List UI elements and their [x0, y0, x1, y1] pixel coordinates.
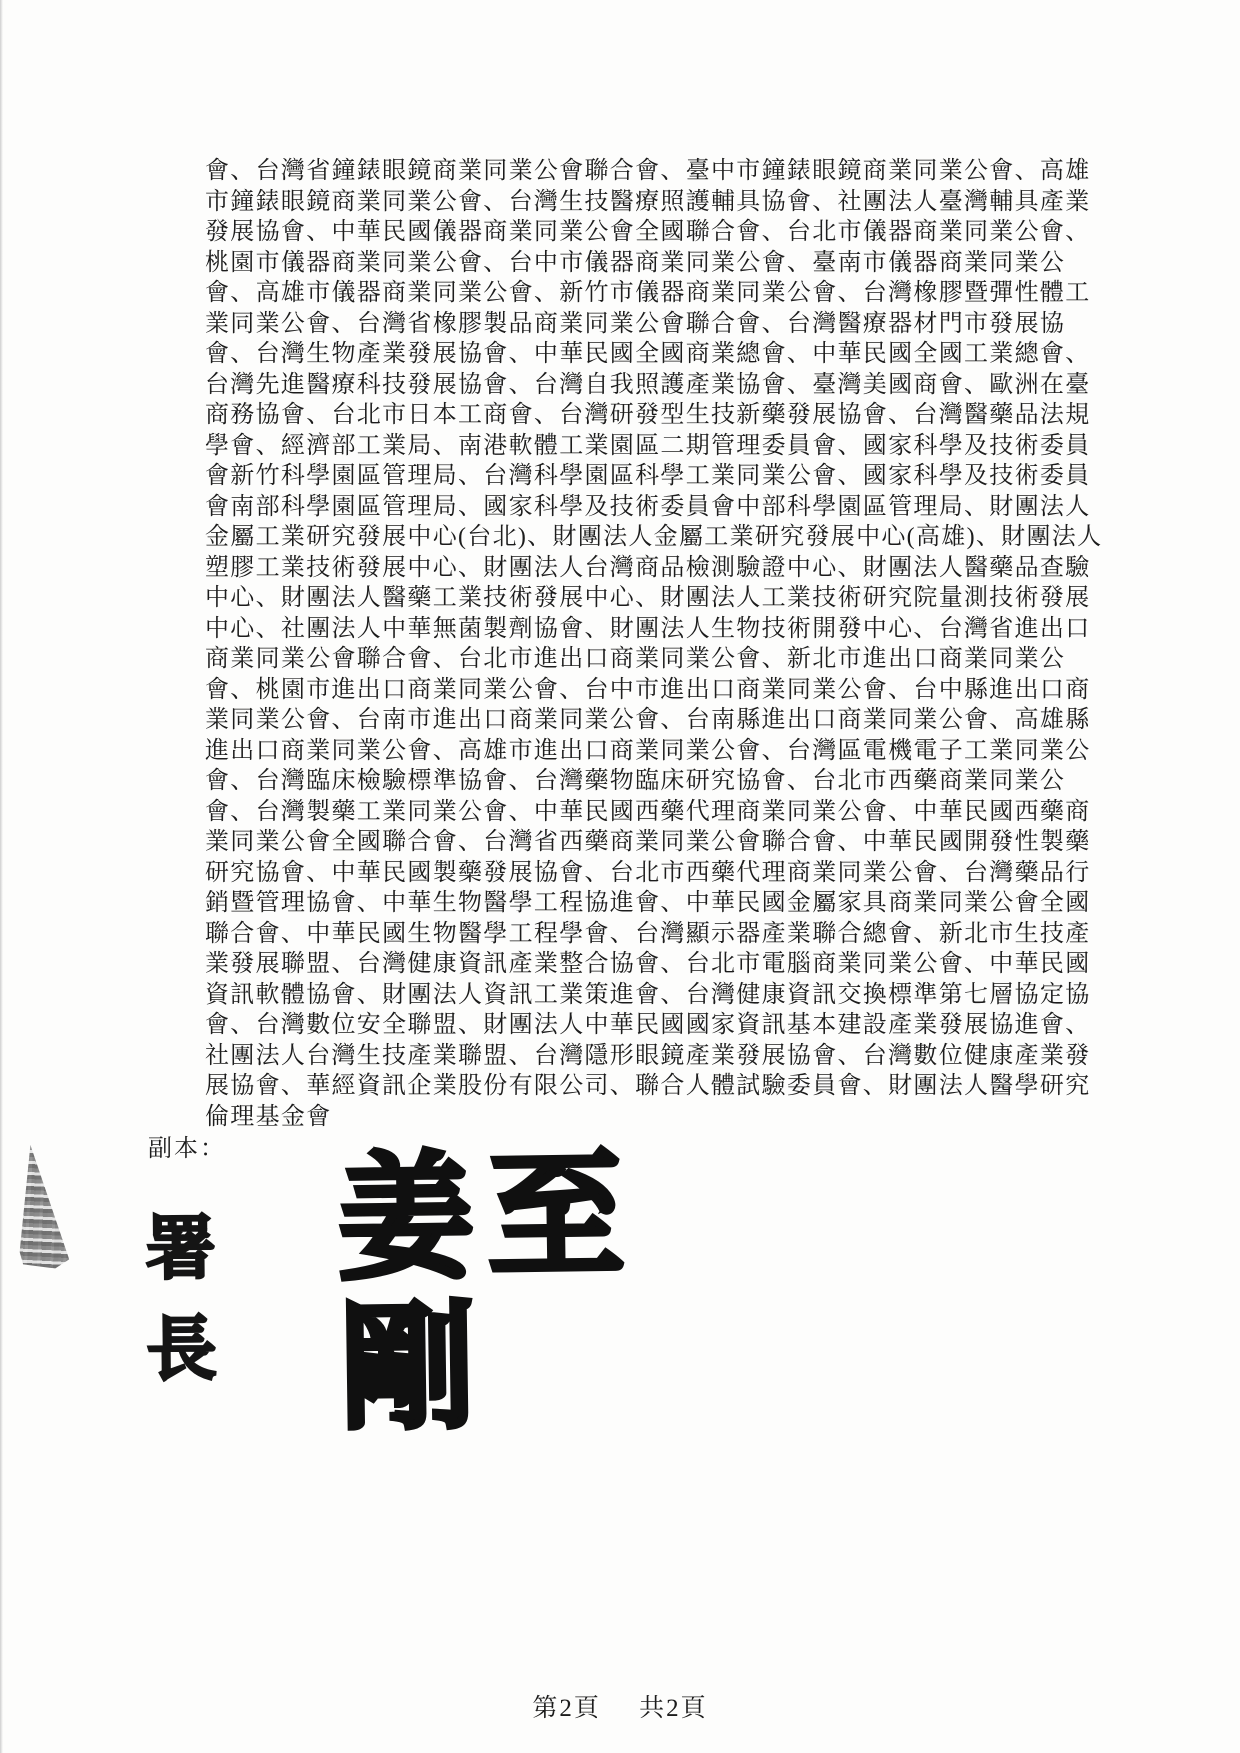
text-line: 倫理基金會	[205, 1102, 1120, 1133]
text-line: 會、台灣製藥工業同業公會、中華民國西藥代理商業同業公會、中華民國西藥商	[205, 797, 1120, 828]
page-footer: 第2頁 共2頁	[0, 1688, 1240, 1724]
text-line: 業同業公會、台南市進出口商業同業公會、台南縣進出口商業同業公會、高雄縣	[205, 705, 1120, 736]
text-line: 商務協會、台北市日本工商會、台灣研發型生技新藥發展協會、台灣醫藥品法規	[205, 400, 1120, 431]
text-line: 發展協會、中華民國儀器商業同業公會全國聯合會、台北市儀器商業同業公會、	[205, 217, 1120, 248]
text-line: 聯合會、中華民國生物醫學工程學會、台灣顯示器產業聯合總會、新北市生技產	[205, 919, 1120, 950]
official-seal-stamp	[19, 1145, 77, 1270]
text-line: 會、桃園市進出口商業同業公會、台中市進出口商業同業公會、台中縣進出口商	[205, 675, 1120, 706]
page-number-total: 共2頁	[639, 1695, 708, 1722]
text-line: 金屬工業研究發展中心(台北)、財團法人金屬工業研究發展中心(高雄)、財團法人	[205, 522, 1120, 553]
text-line: 銷暨管理協會、中華生物醫學工程協進會、中華民國金屬家具商業同業公會全國	[205, 888, 1120, 919]
text-line: 中心、社團法人中華無菌製劑協會、財團法人生物技術開發中心、台灣省進出口	[205, 614, 1120, 645]
text-line: 會、台灣數位安全聯盟、財團法人中華民國國家資訊基本建設產業發展協進會、	[205, 1010, 1120, 1041]
text-line: 資訊軟體協會、財團法人資訊工業策進會、台灣健康資訊交換標準第七層協定協	[205, 980, 1120, 1011]
text-line: 業同業公會、台灣省橡膠製品商業同業公會聯合會、台灣醫療器材門市發展協	[205, 309, 1120, 340]
signature-block: 署長 姜至剛	[146, 1150, 786, 1335]
text-line: 桃園市儀器商業同業公會、台中市儀器商業同業公會、臺南市儀器商業同業公	[205, 248, 1120, 279]
text-line: 研究協會、中華民國製藥發展協會、台北市西藥代理商業同業公會、台灣藥品行	[205, 858, 1120, 889]
recipient-list-text: 會、台灣省鐘錶眼鏡商業同業公會聯合會、臺中市鐘錶眼鏡商業同業公會、高雄市鐘錶眼鏡…	[205, 156, 1120, 1132]
text-line: 進出口商業同業公會、高雄市進出口商業同業公會、台灣區電機電子工業同業公	[205, 736, 1120, 767]
text-line: 展協會、華經資訊企業股份有限公司、聯合人體試驗委員會、財團法人醫學研究	[205, 1071, 1120, 1102]
page-number-current: 第2頁	[532, 1695, 601, 1722]
signer-name-calligraphy: 姜至剛	[337, 1141, 788, 1446]
text-line: 業同業公會全國聯合會、台灣省西藥商業同業公會聯合會、中華民國開發性製藥	[205, 827, 1120, 858]
text-line: 業發展聯盟、台灣健康資訊產業整合協會、台北市電腦商業同業公會、中華民國	[205, 949, 1120, 980]
text-line: 會、台灣臨床檢驗標準協會、台灣藥物臨床研究協會、台北市西藥商業同業公	[205, 766, 1120, 797]
text-line: 中心、財團法人醫藥工業技術發展中心、財團法人工業技術研究院量測技術發展	[205, 583, 1120, 614]
text-line: 會、台灣生物產業發展協會、中華民國全國商業總會、中華民國全國工業總會、	[205, 339, 1120, 370]
text-line: 會、高雄市儀器商業同業公會、新竹市儀器商業同業公會、台灣橡膠暨彈性體工	[205, 278, 1120, 309]
document-page: 會、台灣省鐘錶眼鏡商業同業公會聯合會、臺中市鐘錶眼鏡商業同業公會、高雄市鐘錶眼鏡…	[0, 0, 1240, 1753]
text-line: 會、台灣省鐘錶眼鏡商業同業公會聯合會、臺中市鐘錶眼鏡商業同業公會、高雄	[205, 156, 1120, 187]
text-line: 市鐘錶眼鏡商業同業公會、台灣生技醫療照護輔具協會、社團法人臺灣輔具產業	[205, 187, 1120, 218]
scan-edge-artifact	[0, 0, 3, 1753]
text-line: 商業同業公會聯合會、台北市進出口商業同業公會、新北市進出口商業同業公	[205, 644, 1120, 675]
text-line: 會南部科學園區管理局、國家科學及技術委員會中部科學園區管理局、財團法人	[205, 492, 1120, 523]
signer-title: 署長	[145, 1191, 298, 1394]
text-line: 學會、經濟部工業局、南港軟體工業園區二期管理委員會、國家科學及技術委員	[205, 431, 1120, 462]
text-line: 台灣先進醫療科技發展協會、台灣自我照護產業協會、臺灣美國商會、歐洲在臺	[205, 370, 1120, 401]
text-line: 社團法人台灣生技產業聯盟、台灣隱形眼鏡產業發展協會、台灣數位健康產業發	[205, 1041, 1120, 1072]
text-line: 塑膠工業技術發展中心、財團法人台灣商品檢測驗證中心、財團法人醫藥品查驗	[205, 553, 1120, 584]
text-line: 會新竹科學園區管理局、台灣科學園區科學工業同業公會、國家科學及技術委員	[205, 461, 1120, 492]
